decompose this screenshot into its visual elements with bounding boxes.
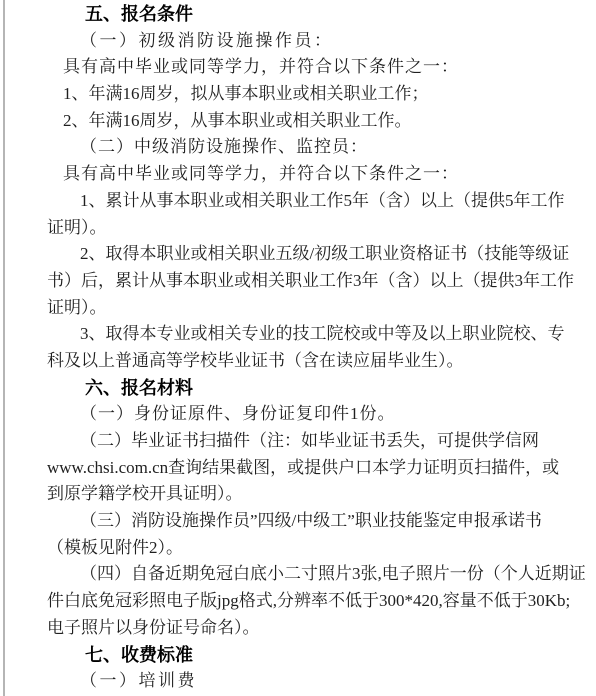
doc-line: 2、取得本职业或相关职业五级/初级工职业资格证书（技能等级证: [80, 241, 596, 268]
doc-line: （一）身份证原件、身份证复印件1份。: [80, 401, 596, 428]
section-7-heading: 七、收费标准: [85, 642, 596, 669]
doc-line: 具有高中毕业或同等学力，并符合以下条件之一：: [63, 161, 596, 188]
section-5-heading: 五、报名条件: [85, 1, 596, 28]
doc-line: 书）后，累计从事本职业或相关职业工作3年（含）以上（提供3年工作: [47, 268, 596, 295]
doc-line: 科及以上普通高等学校毕业证书（含在读应届毕业生）。: [47, 348, 596, 375]
subsection-5-1-heading: （一）初级消防设施操作员：: [80, 28, 596, 55]
document-body: 五、报名条件 （一）初级消防设施操作员： 具有高中毕业或同等学力，并符合以下条件…: [0, 1, 596, 695]
doc-line: （二）毕业证书扫描件（注：如毕业证书丢失，可提供学信网: [80, 428, 596, 455]
doc-line: （四）自备近期免冠白底小二寸照片3张,电子照片一份（个人近期证: [80, 561, 596, 588]
doc-line: 1、年满16周岁，拟从事本职业或相关职业工作；: [63, 81, 596, 108]
subsection-7-1-heading: （一）培训费: [80, 668, 596, 695]
doc-line: （模板见附件2）。: [47, 535, 596, 562]
doc-line: 电子照片以身份证号命名）。: [47, 615, 596, 642]
doc-line: 1、累计从事本职业或相关职业工作5年（含）以上（提供5年工作: [80, 188, 596, 215]
subsection-5-2-heading: （二）中级消防设施操作、监控员：: [80, 134, 596, 161]
doc-line: 到原学籍学校开具证明）。: [47, 481, 596, 508]
doc-line: www.chsi.com.cn查询结果截图，或提供户口本学力证明页扫描件，或: [47, 455, 596, 482]
doc-line: 具有高中毕业或同等学力，并符合以下条件之一：: [63, 54, 596, 81]
doc-line: 件白底免冠彩照电子版jpg格式,分辨率不低于300*420,容量不低于30Kb;: [47, 588, 596, 615]
doc-line: 证明）。: [47, 295, 596, 322]
doc-line: （三）消防设施操作员”四级/中级工”职业技能鉴定申报承诺书: [80, 508, 596, 535]
doc-line: 2、年满16周岁，从事本职业或相关职业工作。: [63, 108, 596, 135]
doc-line: 3、取得本专业或相关专业的技工院校或中等及以上职业院校、专: [80, 321, 596, 348]
doc-line: 证明）。: [47, 215, 596, 242]
section-6-heading: 六、报名材料: [85, 375, 596, 402]
document-page: 五、报名条件 （一）初级消防设施操作员： 具有高中毕业或同等学力，并符合以下条件…: [0, 0, 596, 696]
